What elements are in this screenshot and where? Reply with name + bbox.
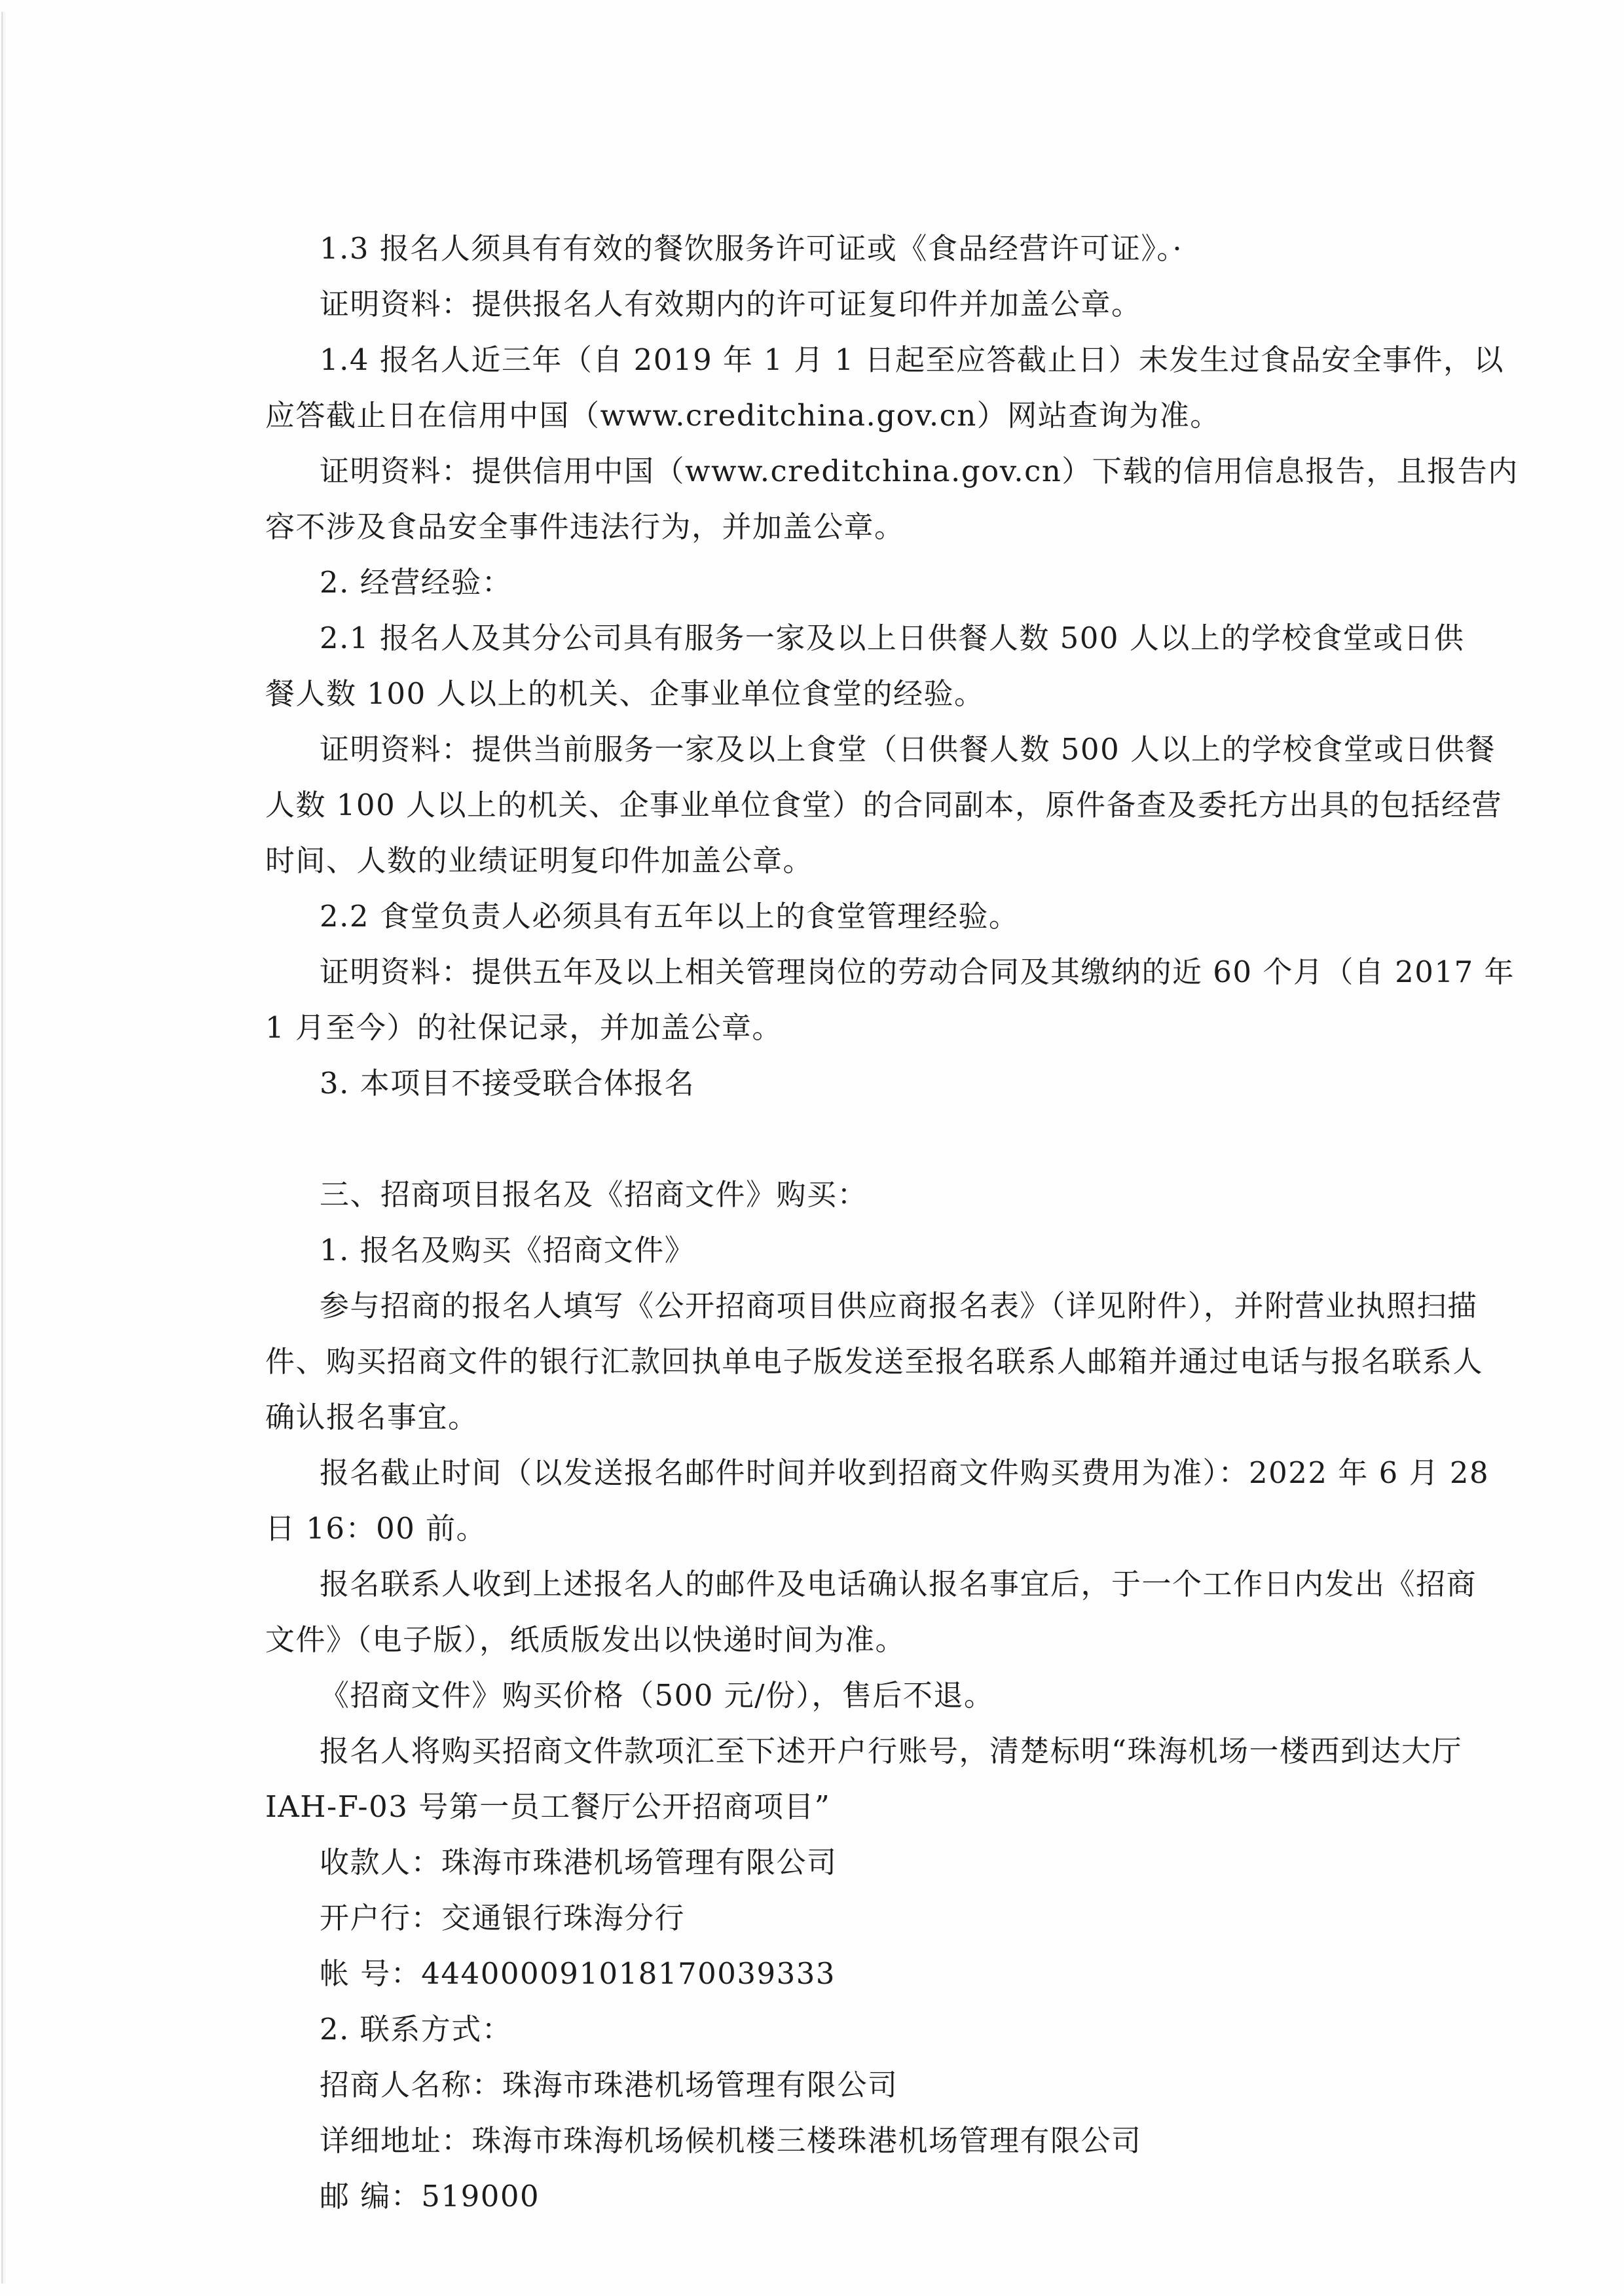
address: 详细地址：珠海市珠海机场候机楼三楼珠港机场管理有限公司 (320, 2121, 1142, 2160)
clause-2-1-cont: 餐人数 100 人以上的机关、企事业单位食堂的经验。 (265, 674, 985, 714)
section-three-heading: 三、招商项目报名及《招商文件》购买： (320, 1175, 868, 1214)
scan-edge (1, 12, 3, 2284)
evidence-1-3: 证明资料：提供报名人有效期内的许可证复印件并加盖公章。 (320, 285, 1142, 324)
bank: 开户行：交通银行珠海分行 (320, 1899, 685, 1938)
para-remit-cont: IAH-F-03 号第一员工餐厅公开招商项目” (265, 1787, 830, 1827)
clause-1-3: 1.3 报名人须具有有效的餐饮服务许可证或《食品经营许可证》。· (320, 229, 1183, 268)
account-number: 帐 号：444000091018170039333 (320, 1954, 836, 1994)
para-deadline: 报名截止时间（以发送报名邮件时间并收到招商文件购买费用为准）：2022 年 6 … (320, 1453, 1401, 1493)
clause-1-4-cont: 应答截止日在信用中国（www.creditchina.gov.cn）网站查询为准… (265, 396, 1221, 435)
scan-edge (5, 12, 5, 2284)
evidence-2-1: 证明资料：提供当前服务一家及以上食堂（日供餐人数 500 人以上的学校食堂或日供… (320, 730, 1401, 769)
heading-operating-experience: 2. 经营经验： (320, 563, 512, 602)
para-deadline-cont: 日 16：00 前。 (265, 1509, 487, 1548)
evidence-1-4-cont: 容不涉及食品安全事件违法行为，并加盖公章。 (265, 507, 905, 547)
postcode: 邮 编：519000 (320, 2177, 540, 2216)
evidence-1-4: 证明资料：提供信用中国（www.creditchina.gov.cn）下载的信用… (320, 452, 1401, 491)
clause-1-4: 1.4 报名人近三年（自 2019 年 1 月 1 日起至应答截止日）未发生过食… (320, 340, 1401, 380)
document-page: 1.3 报名人须具有有效的餐饮服务许可证或《食品经营许可证》。· 证明资料：提供… (0, 0, 1624, 2296)
para-register-cont: 件、购买招商文件的银行汇款回执单电子版发送至报名联系人邮箱并通过电话与报名联系人 (265, 1342, 1401, 1381)
subheading-register-purchase: 1. 报名及购买《招商文件》 (320, 1231, 695, 1270)
clause-3-no-consortium: 3. 本项目不接受联合体报名 (320, 1064, 695, 1103)
evidence-2-1-cont: 人数 100 人以上的机关、企事业单位食堂）的合同副本，原件备查及委托方出具的包… (265, 786, 1401, 825)
subheading-contact: 2. 联系方式： (320, 2010, 512, 2049)
para-price: 《招商文件》购买价格（500 元/份），售后不退。 (320, 1676, 994, 1715)
evidence-2-2-cont: 1 月至今）的社保记录，并加盖公章。 (265, 1008, 783, 1048)
para-register-end: 确认报名事宜。 (265, 1398, 479, 1437)
clause-2-2: 2.2 食堂负责人必须具有五年以上的食堂管理经验。 (320, 897, 1019, 936)
clause-2-1: 2.1 报名人及其分公司具有服务一家及以上日供餐人数 500 人以上的学校食堂或… (320, 619, 1401, 658)
company-name: 招商人名称：珠海市珠港机场管理有限公司 (320, 2066, 898, 2105)
para-issue-docs: 报名联系人收到上述报名人的邮件及电话确认报名事宜后，于一个工作日内发出《招商 (320, 1565, 1401, 1604)
para-remit: 报名人将购买招商文件款项汇至下述开户行账号，清楚标明“珠海机场一楼西到达大厅 (320, 1732, 1401, 1771)
para-register: 参与招商的报名人填写《公开招商项目供应商报名表》（详见附件），并附营业执照扫描 (320, 1286, 1401, 1326)
evidence-2-1-end: 时间、人数的业绩证明复印件加盖公章。 (265, 841, 813, 881)
evidence-2-2: 证明资料：提供五年及以上相关管理岗位的劳动合同及其缴纳的近 60 个月（自 20… (320, 953, 1401, 992)
payee: 收款人：珠海市珠港机场管理有限公司 (320, 1843, 838, 1882)
para-issue-docs-cont: 文件》（电子版），纸质版发出以快递时间为准。 (265, 1620, 906, 1660)
